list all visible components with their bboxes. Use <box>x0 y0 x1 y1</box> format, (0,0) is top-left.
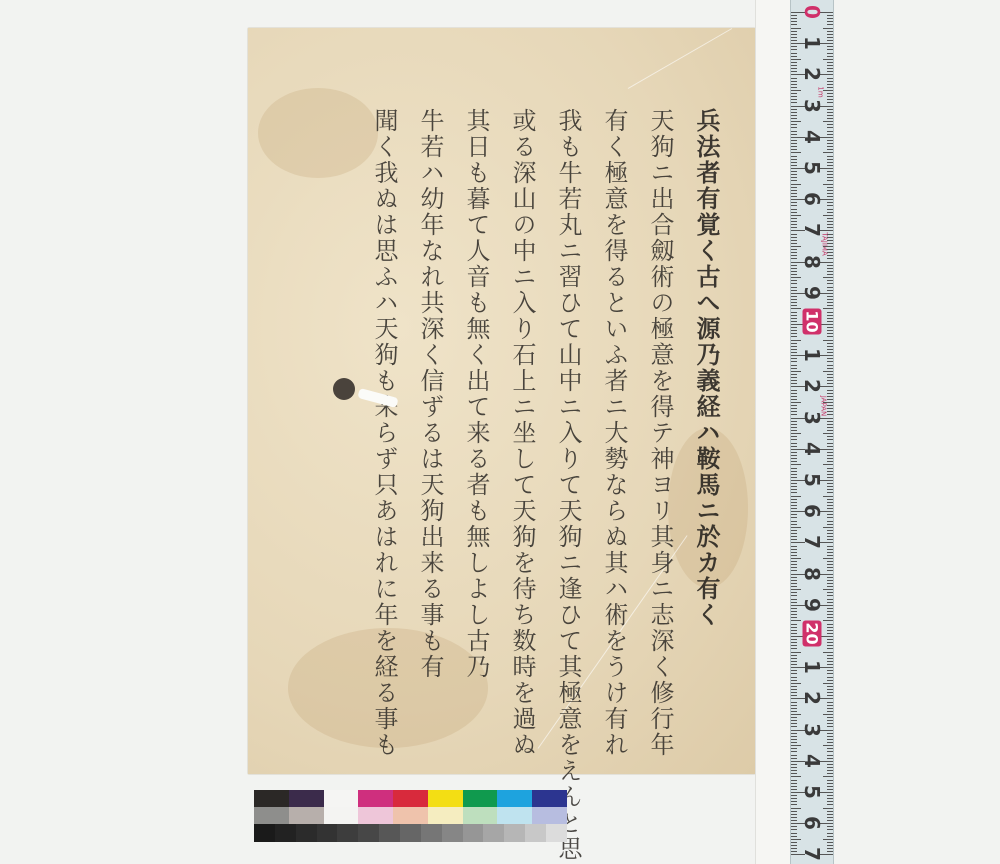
ruler-tick <box>827 692 833 693</box>
ruler-tick <box>791 140 797 141</box>
ruler-tick <box>827 851 833 852</box>
ruler-tick <box>827 333 833 334</box>
ruler-tick <box>827 349 833 350</box>
ruler-tick <box>791 558 801 559</box>
text-column: 其日も暮て人音も無く出て来る者も無しよし古乃 <box>454 108 498 728</box>
ruler-tick <box>791 489 797 490</box>
ruler-number: 7 <box>800 529 824 555</box>
ruler-tick <box>791 564 797 565</box>
ruler-tick <box>827 399 833 400</box>
ruler-tick <box>791 673 797 674</box>
color-swatch <box>421 824 442 842</box>
manuscript-page: 兵法者有覚く古へ源乃義経ハ鞍馬ニ於カ有く 天狗ニ出合劔術の極意を得テ神ヨリ其身ニ… <box>248 28 755 774</box>
color-swatch <box>463 790 498 807</box>
ruler-tick <box>823 496 833 497</box>
ruler-tick <box>827 586 833 587</box>
ruler-tick <box>791 184 801 185</box>
ruler-tick <box>827 255 833 256</box>
ruler-tick <box>827 56 833 57</box>
ruler-tick <box>791 371 801 372</box>
ruler-tick <box>791 702 797 703</box>
ruler-tick <box>827 695 833 696</box>
ruler-tick <box>827 62 833 63</box>
ruler-tick <box>827 561 833 562</box>
ruler-tick <box>791 708 797 709</box>
ruler-tick <box>827 21 833 22</box>
ruler-tick <box>791 424 797 425</box>
ruler-tick <box>827 408 833 409</box>
ruler-tick <box>827 801 833 802</box>
ruler-tick <box>823 620 833 621</box>
ruler-tick <box>827 87 833 88</box>
ruler-tick <box>827 717 833 718</box>
color-swatch <box>254 807 289 824</box>
color-swatch <box>442 824 463 842</box>
color-swatch <box>254 790 289 807</box>
ruler-tick <box>823 152 833 153</box>
ruler-tick <box>791 829 797 830</box>
ruler-number: 1 <box>800 30 824 56</box>
ruler-tick <box>791 817 797 818</box>
ruler-tick <box>791 280 797 281</box>
ruler-tick <box>827 237 833 238</box>
ruler-number: 1 <box>800 342 824 368</box>
ruler-tick <box>791 602 797 603</box>
tint-swatch-row <box>254 807 567 824</box>
ruler-tick <box>791 205 797 206</box>
ruler-tick <box>791 414 797 415</box>
ruler-tick <box>827 639 833 640</box>
ruler-tick <box>827 383 833 384</box>
ruler-tick <box>791 277 801 278</box>
ruler-tick <box>791 368 797 369</box>
ruler-tick <box>827 773 833 774</box>
ruler-tick <box>827 268 833 269</box>
ruler-tick <box>827 455 833 456</box>
ruler-tick <box>791 798 797 799</box>
ruler-tick <box>827 686 833 687</box>
ruler-tick <box>827 489 833 490</box>
ruler-tick <box>791 255 797 256</box>
color-swatch <box>289 790 324 807</box>
ruler-tick <box>827 318 833 319</box>
ruler-tick <box>823 59 833 60</box>
ruler-tick <box>791 59 801 60</box>
ruler-tick <box>791 411 797 412</box>
ruler-tick <box>791 180 797 181</box>
ruler-tick <box>823 714 833 715</box>
ruler-tick <box>791 252 797 253</box>
ruler-tick <box>827 274 833 275</box>
ruler-tick <box>791 483 797 484</box>
ruler-tick <box>827 483 833 484</box>
ruler-tick <box>827 611 833 612</box>
ruler-tick <box>823 776 833 777</box>
ruler-tick <box>791 567 797 568</box>
ruler-tick <box>827 595 833 596</box>
ruler-tick <box>827 546 833 547</box>
ruler-tick <box>791 539 797 540</box>
ruler-tick <box>827 817 833 818</box>
ruler-tick <box>791 152 801 153</box>
ruler-tick <box>827 798 833 799</box>
ruler-tick <box>823 745 833 746</box>
ruler-tick <box>791 627 797 628</box>
ruler-tick <box>827 71 833 72</box>
ruler-tick <box>791 826 797 827</box>
ruler-tick <box>791 733 797 734</box>
ruler-tick <box>827 118 833 119</box>
ruler-tick <box>827 836 833 837</box>
ruler-tick <box>791 617 797 618</box>
ruler-tick <box>791 695 797 696</box>
ruler-tick <box>791 149 797 150</box>
ruler-tick <box>791 71 797 72</box>
ruler-tick <box>823 808 833 809</box>
ruler-tick <box>827 258 833 259</box>
ruler-tick <box>791 620 801 621</box>
ruler-tick <box>827 377 833 378</box>
ruler-tick <box>791 745 801 746</box>
ruler-tick <box>791 237 797 238</box>
ruler-tick <box>791 81 797 82</box>
ruler-tick <box>791 776 801 777</box>
ruler-tick <box>791 321 797 322</box>
ruler-tick <box>791 723 797 724</box>
ruler-tick <box>827 748 833 749</box>
ruler-tick <box>791 365 797 366</box>
ruler-tick <box>791 37 797 38</box>
ruler-tick <box>827 630 833 631</box>
ruler-tick <box>827 15 833 16</box>
ruler-number: 0 <box>800 0 824 25</box>
ruler-tick <box>791 692 797 693</box>
color-swatch <box>358 790 393 807</box>
ruler-tick <box>827 742 833 743</box>
ruler-tick <box>827 414 833 415</box>
ruler-tick <box>827 648 833 649</box>
ruler-tick <box>827 505 833 506</box>
ruler-tick <box>791 474 797 475</box>
ruler-number: 4 <box>800 124 824 150</box>
ruler-tick <box>791 801 797 802</box>
ruler-tick <box>827 134 833 135</box>
ruler-tick <box>791 115 797 116</box>
ruler-tick <box>791 468 797 469</box>
ruler-tick <box>791 127 797 128</box>
ruler-tick <box>791 505 797 506</box>
ruler-tick <box>791 670 797 671</box>
ruler-tick <box>791 496 801 497</box>
color-swatch <box>324 790 359 807</box>
ruler-tick <box>791 212 797 213</box>
ruler-tick <box>827 780 833 781</box>
color-swatch <box>497 790 532 807</box>
ruler-tick <box>823 464 833 465</box>
ruler-tick <box>827 739 833 740</box>
ruler-tick <box>827 190 833 191</box>
ruler-tick <box>827 212 833 213</box>
ruler-tick <box>791 711 797 712</box>
ruler-tick <box>791 570 797 571</box>
ruler-tick <box>791 134 797 135</box>
ruler-tick <box>791 664 797 665</box>
ruler-tick <box>827 68 833 69</box>
ruler-tick <box>791 492 797 493</box>
ruler-tick <box>827 733 833 734</box>
ruler-tick <box>791 767 797 768</box>
ruler-tick <box>791 439 797 440</box>
text-column: 牛若ハ幼年なれ共深く信ずるは天狗出来る事も有 <box>408 108 452 728</box>
ruler-tick <box>791 811 797 812</box>
ruler-tick <box>827 443 833 444</box>
color-swatch <box>296 824 317 842</box>
ruler-tick <box>827 18 833 19</box>
ruler-tick <box>827 162 833 163</box>
color-swatch <box>324 807 359 824</box>
ruler-tick <box>791 34 797 35</box>
ruler-tick <box>791 471 797 472</box>
ruler-tick <box>791 290 797 291</box>
ruler-tick <box>823 184 833 185</box>
ruler-tick <box>791 49 797 50</box>
color-swatch <box>317 824 338 842</box>
ruler-tick <box>823 246 833 247</box>
ruler-tick <box>791 851 797 852</box>
ruler-tick <box>827 708 833 709</box>
ruler-tick <box>823 683 833 684</box>
ruler-number: 4 <box>800 436 824 462</box>
color-swatch <box>393 790 428 807</box>
ruler-tick <box>791 658 797 659</box>
ruler-tick <box>791 305 797 306</box>
ruler-tick <box>827 517 833 518</box>
ruler-tick <box>827 287 833 288</box>
ruler-tick <box>827 567 833 568</box>
ruler-tick <box>791 595 797 596</box>
ruler-tick <box>827 221 833 222</box>
ruler-tick <box>827 396 833 397</box>
ruler-tick <box>827 689 833 690</box>
ruler-tick <box>827 224 833 225</box>
ruler-tick <box>791 146 797 147</box>
ruler-tick <box>827 552 833 553</box>
ruler-tick <box>827 555 833 556</box>
color-swatch <box>532 807 567 824</box>
ruler-tick <box>791 221 797 222</box>
color-swatch <box>358 807 393 824</box>
ruler-tick <box>791 820 797 821</box>
ruler-tick <box>827 374 833 375</box>
ruler-tick <box>791 402 801 403</box>
ruler-tick <box>823 652 833 653</box>
ruler-tick <box>827 720 833 721</box>
ruler-tick <box>791 804 797 805</box>
ruler-number: 9 <box>800 592 824 618</box>
ink-seal-mark <box>333 378 355 400</box>
ruler-tick <box>791 383 797 384</box>
ruler-tick <box>827 193 833 194</box>
ruler-tick <box>827 711 833 712</box>
ruler-tick <box>827 31 833 32</box>
ruler-tick <box>827 424 833 425</box>
ruler-tick <box>827 736 833 737</box>
ruler-tick <box>791 246 801 247</box>
ruler-tick <box>791 78 797 79</box>
ruler-tick <box>827 156 833 157</box>
ruler-tick <box>791 714 801 715</box>
ruler-tick <box>791 842 797 843</box>
ruler-tick <box>791 508 797 509</box>
ruler-tick <box>827 115 833 116</box>
ruler-tick <box>827 202 833 203</box>
ruler-tick <box>827 705 833 706</box>
ruler-tick <box>791 845 797 846</box>
ruler-tick <box>827 143 833 144</box>
ruler-tick <box>791 65 797 66</box>
ruler-tick <box>791 296 797 297</box>
ruler-tick <box>827 65 833 66</box>
ruler-tick <box>827 477 833 478</box>
ruler-tick <box>791 555 797 556</box>
ruler-tick <box>827 608 833 609</box>
ruler-tick <box>791 705 797 706</box>
ruler-tick <box>791 486 797 487</box>
ruler-tick <box>791 56 797 57</box>
ruler-tick <box>791 461 797 462</box>
ruler-tick <box>791 427 797 428</box>
ruler-tick <box>827 474 833 475</box>
ruler-tick <box>791 377 797 378</box>
ruler-tick <box>827 614 833 615</box>
ruler-tick <box>827 411 833 412</box>
ruler-tick <box>827 299 833 300</box>
ruler-tick <box>791 452 797 453</box>
ruler-tick <box>791 726 797 727</box>
ruler-tick <box>827 283 833 284</box>
ruler-tick <box>791 390 797 391</box>
ruler-tick <box>827 583 833 584</box>
ruler-tick <box>827 330 833 331</box>
ruler-tick <box>827 346 833 347</box>
ruler-tick <box>791 739 797 740</box>
color-swatch <box>254 824 275 842</box>
ruler-tick <box>827 670 833 671</box>
ruler-tick <box>827 770 833 771</box>
ruler-tick <box>791 789 797 790</box>
ruler-tick <box>827 84 833 85</box>
ruler-tick <box>791 190 797 191</box>
ruler-tick <box>827 430 833 431</box>
ruler-tick <box>791 346 797 347</box>
ruler-tick <box>827 521 833 522</box>
ruler-tick <box>791 717 797 718</box>
ruler-tick <box>791 836 797 837</box>
ruler-tick <box>791 287 797 288</box>
ruler-tick <box>791 592 797 593</box>
ruler-tick <box>791 780 797 781</box>
ruler-tick <box>791 193 797 194</box>
ruler-tick <box>827 187 833 188</box>
ruler-number: 1 <box>800 654 824 680</box>
ruler-tick <box>791 268 797 269</box>
ruler-tick <box>791 599 797 600</box>
ruler-number: 8 <box>800 561 824 587</box>
ruler-tick <box>827 165 833 166</box>
ruler-tick <box>823 121 833 122</box>
ruler-tick <box>791 102 797 103</box>
ruler-tick <box>827 755 833 756</box>
ruler-tick <box>827 352 833 353</box>
ruler-tick <box>823 527 833 528</box>
ruler-tick <box>827 99 833 100</box>
ruler-tick <box>791 742 797 743</box>
ruler-tick <box>827 461 833 462</box>
ruler-tick <box>791 645 797 646</box>
ruler-tick <box>827 234 833 235</box>
ruler-tick <box>823 340 833 341</box>
ruler-tick <box>827 305 833 306</box>
ruler-number: 8 <box>800 249 824 275</box>
ruler-tick <box>827 296 833 297</box>
ruler-tick <box>791 421 797 422</box>
color-swatch <box>337 824 358 842</box>
ruler-tick <box>827 833 833 834</box>
ruler-tick <box>791 380 797 381</box>
ruler-tick <box>827 848 833 849</box>
color-swatch <box>289 807 324 824</box>
ruler-tick <box>791 302 797 303</box>
ruler-tick <box>827 599 833 600</box>
ruler-tick <box>791 530 797 531</box>
ruler-number: 3 <box>800 405 824 431</box>
ruler-tick <box>827 140 833 141</box>
ruler-tick <box>827 405 833 406</box>
ruler-tick <box>827 131 833 132</box>
ruler-tick <box>791 839 801 840</box>
ruler-tick <box>791 499 797 500</box>
ruler-tick <box>791 171 797 172</box>
ruler-tick <box>791 177 797 178</box>
ruler-number: 10 <box>803 309 822 335</box>
ruler-tick <box>827 361 833 362</box>
ruler-tick <box>827 664 833 665</box>
ruler-number: 9 <box>800 280 824 306</box>
ruler-tick <box>827 536 833 537</box>
color-swatch <box>358 824 379 842</box>
ruler-number: 4 <box>800 748 824 774</box>
ruler-tick <box>827 471 833 472</box>
ruler-tick <box>827 633 833 634</box>
ruler-tick <box>827 530 833 531</box>
ruler-tick <box>791 31 797 32</box>
ruler-tick <box>827 327 833 328</box>
ruler-tick <box>791 196 797 197</box>
ruler-tick <box>827 795 833 796</box>
ruler-tick <box>791 15 797 16</box>
ruler-tick <box>791 312 797 313</box>
ruler-number: 5 <box>800 155 824 181</box>
ruler-tick <box>791 90 801 91</box>
color-swatch <box>379 824 400 842</box>
ruler-tick <box>791 352 797 353</box>
ruler-tick <box>791 202 797 203</box>
ruler-tick <box>827 624 833 625</box>
ruler-tick <box>823 589 833 590</box>
ruler-tick <box>791 121 801 122</box>
ruler-tick <box>827 658 833 659</box>
ruler-tick <box>827 829 833 830</box>
